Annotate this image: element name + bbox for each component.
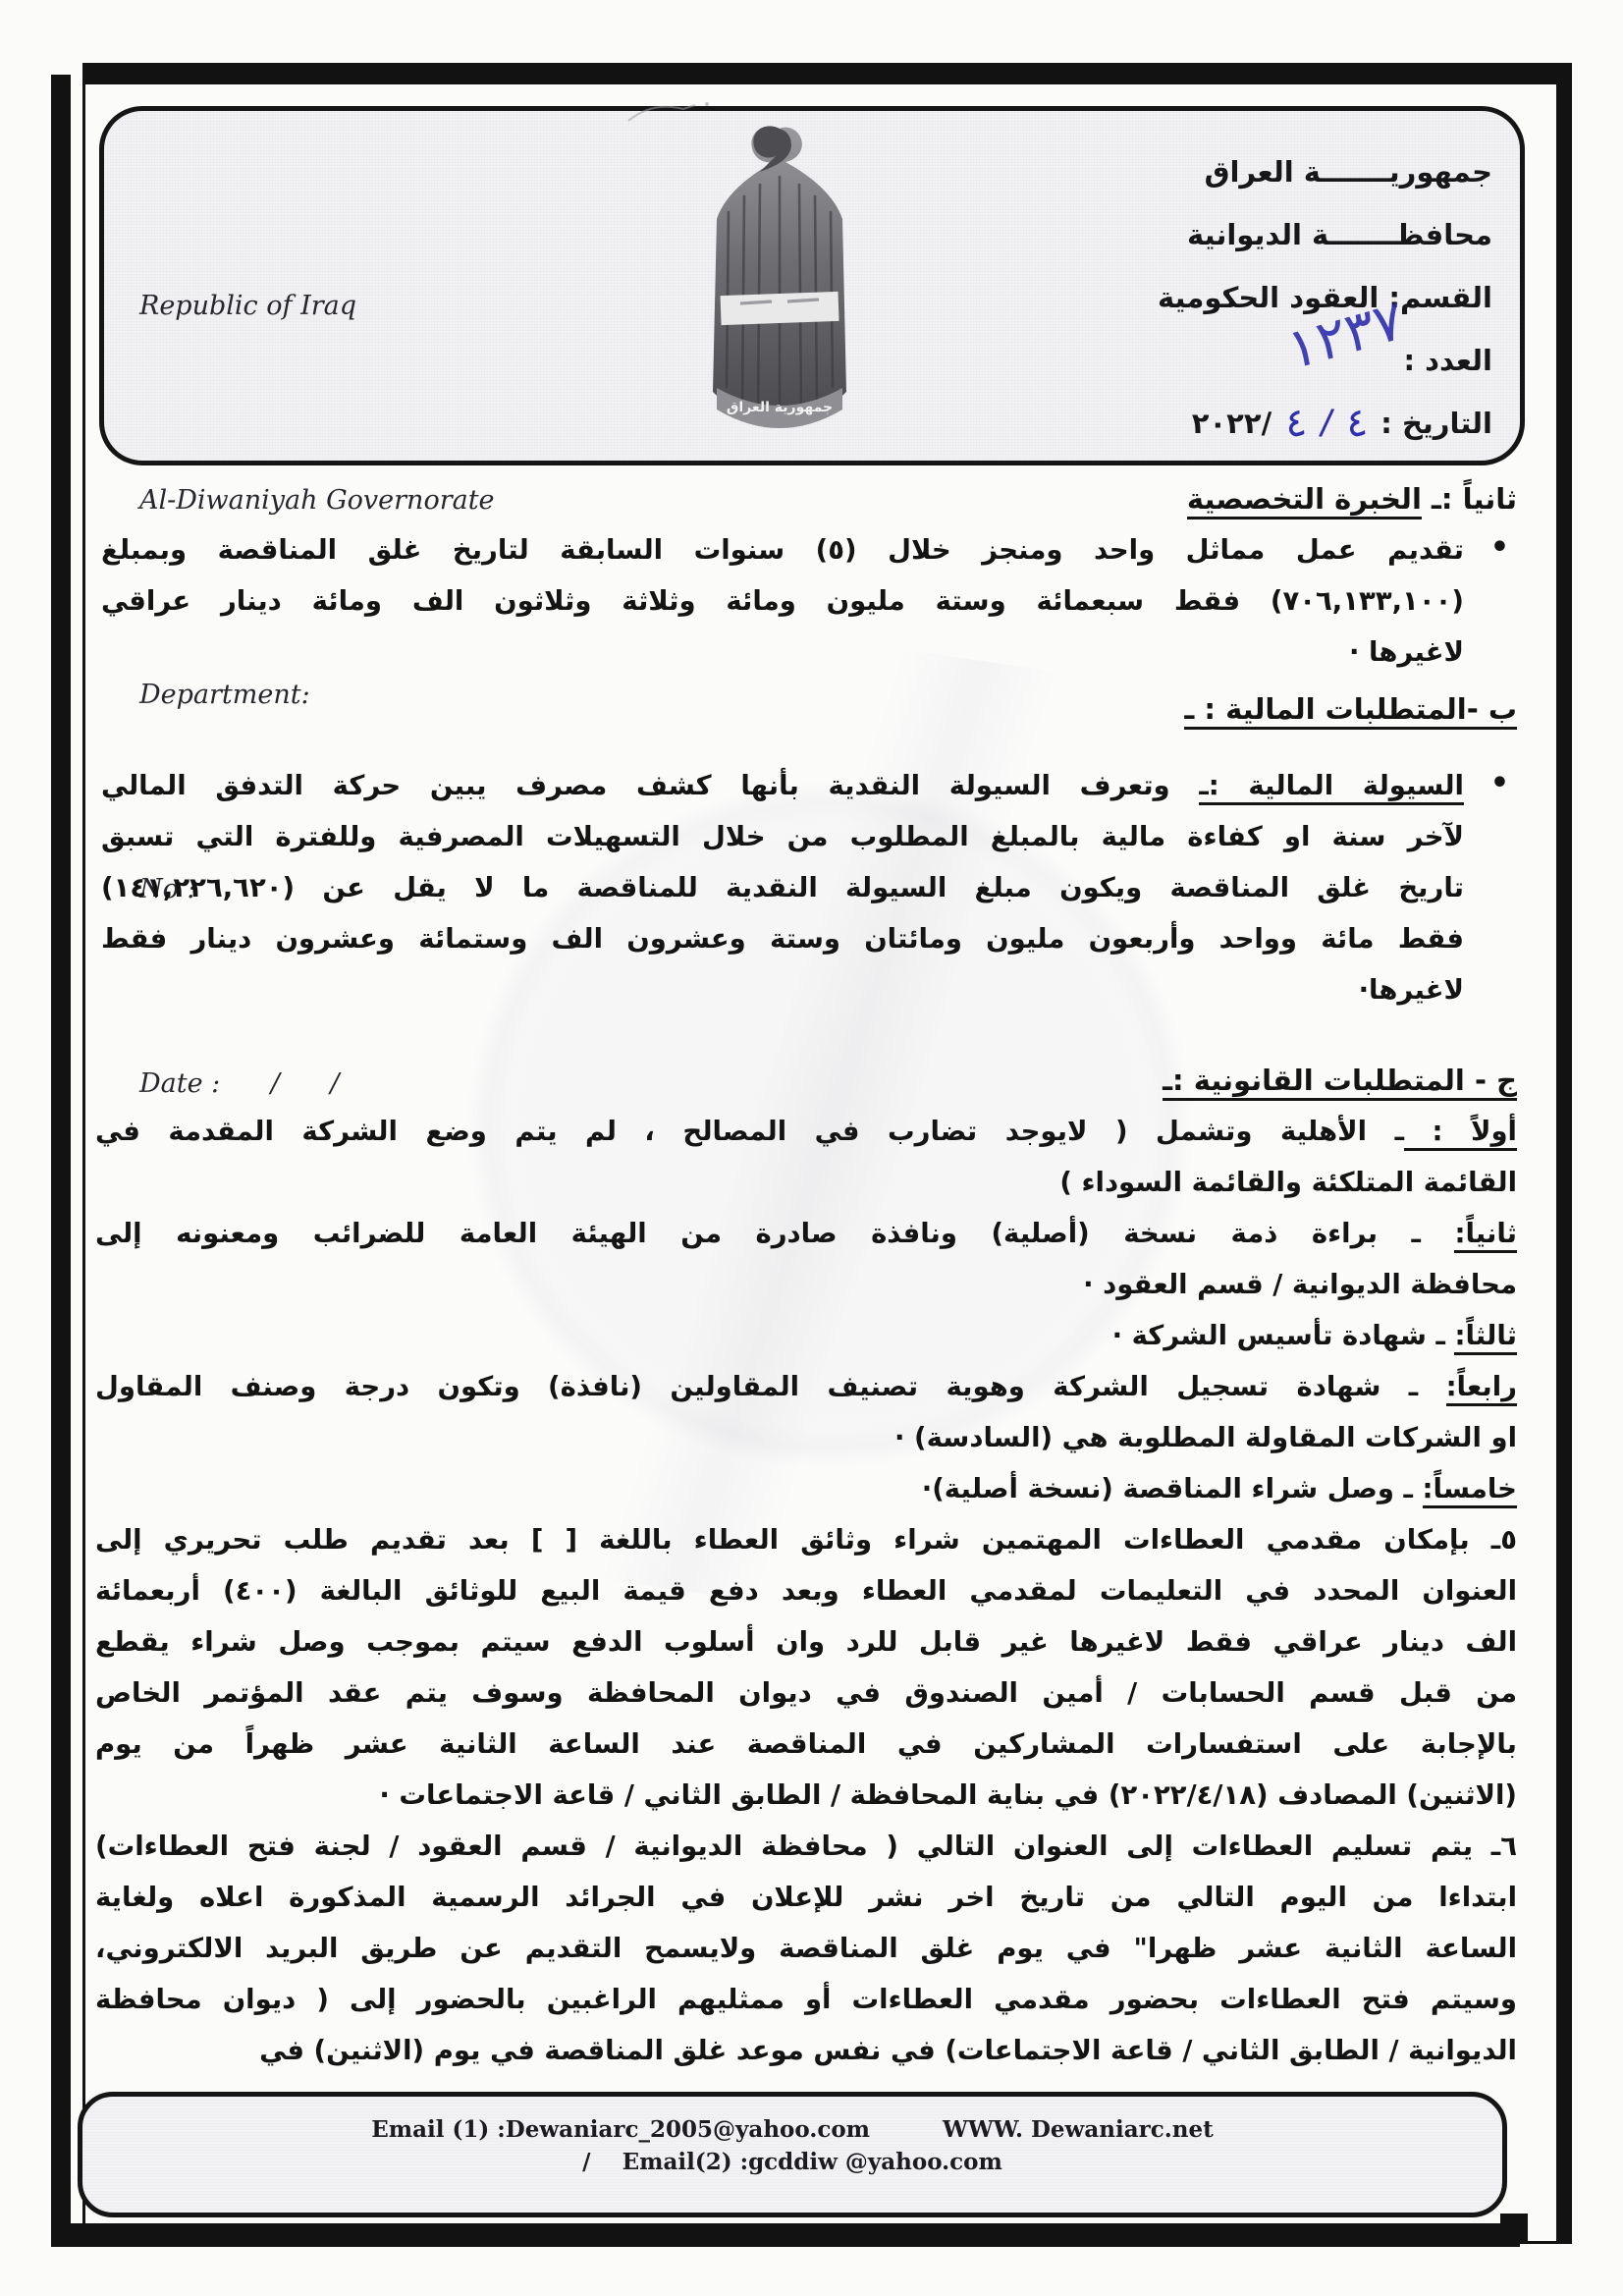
- text-segment: ثالثاً:: [1454, 1320, 1517, 1355]
- bullet-marker: •: [1490, 522, 1509, 574]
- text-line: ب -المتطلبات المالية : ـ: [95, 683, 1517, 735]
- text-segment: ٥ـ بإمكان مقدمي العطاءات المهتمين شراء و…: [95, 1524, 1517, 1556]
- date-label: التاريخ :: [1380, 392, 1492, 455]
- bullet-marker: •: [1490, 758, 1509, 809]
- emblem-scroll-text: جمهورية العراق: [727, 400, 833, 415]
- text-segment: بالإجابة على استفسارات المشاركين في المن…: [95, 1728, 1517, 1760]
- text-segment: ب -المتطلبات المالية : ـ: [1184, 692, 1517, 730]
- footer-line1: Email (1) :Dewaniarc_2005@yahoo.com WWW.…: [82, 2116, 1502, 2143]
- text-line: ثانياً: ـ براءة ذمة نسخة (أصلية) ونافذة …: [95, 1208, 1517, 1259]
- body-paragraph: ثالثاً: ـ شهادة تأسيس الشركة ·: [95, 1310, 1517, 1361]
- text-segment: ٦ـ يتم تسليم العطاءات إلى العنوان التالي…: [95, 1831, 1517, 1862]
- text-line: ٥ـ بإمكان مقدمي العطاءات المهتمين شراء و…: [95, 1514, 1517, 1565]
- text-line: الف دينار عراقي فقط لاغيرها غير قابل للر…: [95, 1616, 1517, 1667]
- number-row: العدد :: [982, 329, 1492, 392]
- body-paragraph: •السيولة المالية :ـ وتعرف السيولة النقدي…: [95, 760, 1517, 1015]
- text-line: ابتداءا من اليوم التالي من تاريخ اخر نشر…: [95, 1872, 1517, 1923]
- text-segment: ـ شهادة تسجيل الشركة وهوية تصنيف المقاول…: [95, 1371, 1446, 1402]
- text-segment: ثانياً :ـ: [1422, 482, 1517, 516]
- text-segment: ابتداءا من اليوم التالي من تاريخ اخر نشر…: [95, 1882, 1517, 1913]
- text-segment: الخبرة التخصصية: [1187, 482, 1422, 519]
- text-segment: لاغيرها ·: [1349, 636, 1464, 668]
- text-segment: من قبل قسم الحسابات / أمين الصندوق في دي…: [95, 1677, 1517, 1709]
- text-line: او الشركات المقاولة المطلوبة هي (السادسة…: [95, 1412, 1517, 1463]
- text-segment: وسيتم فتح العطاءات بحضور مقدمي العطاءات …: [95, 1984, 1517, 2015]
- text-line: تاريخ غلق المناقصة ويكون مبلغ السيولة ال…: [95, 862, 1517, 913]
- letterhead-arabic: جمهوريـــــــة العراق محافظـــــــة الدي…: [982, 140, 1492, 455]
- text-line: لاغيرها ·: [95, 627, 1517, 678]
- text-segment: او الشركات المقاولة المطلوبة هي (السادسة…: [894, 1422, 1517, 1453]
- body-paragraph: أولاً : ـ الأهلية وتشمل ( لايوجد تضارب ف…: [95, 1106, 1517, 1208]
- text-line: ٦ـ يتم تسليم العطاءات إلى العنوان التالي…: [95, 1821, 1517, 1872]
- text-segment: ج - المتطلبات القانونية :ـ: [1163, 1064, 1517, 1101]
- text-segment: الف دينار عراقي فقط لاغيرها غير قابل للر…: [95, 1626, 1517, 1658]
- text-line: (٧٠٦,١٣٣,١٠٠) فقط سبعمائة وستة مليون وما…: [95, 575, 1517, 627]
- email2-text: / Email(2) :gcddiw @yahoo.com: [82, 2149, 1502, 2175]
- date-separator: /: [1318, 405, 1334, 441]
- text-line: (الاثنين) المصادف (٢٠٢٢/٤/١٨) في بناية ا…: [95, 1770, 1517, 1821]
- website-text: WWW. Dewaniarc.net: [943, 2116, 1214, 2143]
- body-paragraph: ثانياً: ـ براءة ذمة نسخة (أصلية) ونافذة …: [95, 1208, 1517, 1310]
- text-line: •السيولة المالية :ـ وتعرف السيولة النقدي…: [95, 760, 1517, 811]
- letterhead-box: Republic of Iraq Al-Diwaniyah Governorat…: [99, 106, 1525, 465]
- text-line: القائمة المتلكئة والقائمة السوداء ): [95, 1157, 1517, 1208]
- text-line: لاغيرها·: [95, 964, 1517, 1015]
- body-paragraph: ٦ـ يتم تسليم العطاءات إلى العنوان التالي…: [95, 1821, 1517, 2076]
- text-line: ثالثاً: ـ شهادة تأسيس الشركة ·: [95, 1310, 1517, 1361]
- section-label-ar: القسم: العقود الحكومية: [982, 266, 1492, 329]
- text-line: رابعاً: ـ شهادة تسجيل الشركة وهوية تصنيف…: [95, 1361, 1517, 1412]
- handwritten-day: ٤: [1344, 403, 1370, 444]
- printed-year: /٢٠٢٢: [1192, 392, 1271, 455]
- text-segment: (الاثنين) المصادف (٢٠٢٢/٤/١٨) في بناية ا…: [379, 1779, 1517, 1811]
- text-segment: وتعرف السيولة النقدية بأنها كشف مصرف يبي…: [101, 770, 1199, 801]
- text-segment: ـ براءة ذمة نسخة (أصلية) ونافذة صادرة من…: [95, 1218, 1454, 1249]
- text-segment: أولاً :: [1404, 1116, 1517, 1151]
- republic-of-iraq-label: Republic of Iraq: [139, 274, 495, 339]
- iraq-eagle-emblem-icon: جمهورية العراق: [666, 121, 892, 449]
- text-segment: العنوان المحدد في التعليمات لمقدمي العطا…: [95, 1575, 1517, 1607]
- text-segment: محافظة الديوانية / قسم العقود ·: [1083, 1269, 1517, 1300]
- text-segment: فقط مائة وواحد وأربعون مليون ومائتان وست…: [101, 923, 1464, 955]
- number-label: العدد :: [1403, 344, 1492, 377]
- text-line: ثانياً :ـ الخبرة التخصصية: [95, 473, 1517, 524]
- republic-of-iraq-label-ar: جمهوريـــــــة العراق: [982, 140, 1492, 203]
- text-line: ج - المتطلبات القانونية :ـ: [95, 1055, 1517, 1106]
- footer-contact-box: Email (1) :Dewaniarc_2005@yahoo.com WWW.…: [78, 2092, 1507, 2217]
- pencil-mark: [622, 95, 740, 129]
- text-line: من قبل قسم الحسابات / أمين الصندوق في دي…: [95, 1667, 1517, 1719]
- text-line: بالإجابة على استفسارات المشاركين في المن…: [95, 1719, 1517, 1770]
- text-segment: الساعة الثانية عشر ظهرا" في يوم غلق المن…: [95, 1933, 1517, 1964]
- text-line: أولاً : ـ الأهلية وتشمل ( لايوجد تضارب ف…: [95, 1106, 1517, 1157]
- section-heading: ج - المتطلبات القانونية :ـ: [95, 1055, 1517, 1106]
- document-content: Republic of Iraq Al-Diwaniyah Governorat…: [93, 94, 1522, 2215]
- body-paragraph: خامساً: ـ وصل شراء المناقصة (نسخة أصلية)…: [95, 1463, 1517, 1514]
- text-segment: القائمة المتلكئة والقائمة السوداء ): [1059, 1167, 1517, 1198]
- text-segment: (٧٠٦,١٣٣,١٠٠) فقط سبعمائة وستة مليون وما…: [101, 585, 1464, 617]
- text-segment: ـ شهادة تأسيس الشركة ·: [1112, 1320, 1455, 1351]
- scanned-tender-document: { "header": { "english_lines": ["Republi…: [0, 0, 1623, 2296]
- section-heading: ثانياً :ـ الخبرة التخصصية: [95, 473, 1517, 524]
- text-line: وسيتم فتح العطاءات بحضور مقدمي العطاءات …: [95, 1974, 1517, 2025]
- section-heading: ب -المتطلبات المالية : ـ: [95, 683, 1517, 735]
- date-row: التاريخ : ٤ / ٤ /٢٠٢٢: [982, 392, 1492, 455]
- text-segment: تقديم عمل مماثل واحد ومنجز خلال (٥) سنوا…: [101, 534, 1464, 566]
- email1-text: Email (1) :Dewaniarc_2005@yahoo.com: [371, 2116, 870, 2143]
- text-segment: ثانياً:: [1454, 1218, 1517, 1253]
- text-segment: تاريخ غلق المناقصة ويكون مبلغ السيولة ال…: [101, 872, 1464, 903]
- text-line: خامساً: ـ وصل شراء المناقصة (نسخة أصلية)…: [95, 1463, 1517, 1514]
- text-line: •تقديم عمل مماثل واحد ومنجز خلال (٥) سنو…: [95, 524, 1517, 575]
- text-segment: السيولة المالية :ـ: [1199, 770, 1464, 805]
- text-line: محافظة الديوانية / قسم العقود ·: [95, 1259, 1517, 1310]
- text-segment: ـ الأهلية وتشمل ( لايوجد تضارب في المصال…: [95, 1116, 1404, 1147]
- governorate-label-ar: محافظـــــــة الديوانية: [982, 203, 1492, 266]
- text-segment: لاغيرها·: [1359, 974, 1464, 1006]
- handwritten-month: ٤: [1283, 403, 1309, 444]
- body-sections: ثانياً :ـ الخبرة التخصصية•تقديم عمل مماث…: [95, 473, 1517, 2076]
- text-line: لآخر سنة او كفاءة مالية بالمبلغ المطلوب …: [95, 811, 1517, 862]
- text-line: الساعة الثانية عشر ظهرا" في يوم غلق المن…: [95, 1923, 1517, 1974]
- body-paragraph: رابعاً: ـ شهادة تسجيل الشركة وهوية تصنيف…: [95, 1361, 1517, 1463]
- body-paragraph: •تقديم عمل مماثل واحد ومنجز خلال (٥) سنو…: [95, 524, 1517, 678]
- text-line: العنوان المحدد في التعليمات لمقدمي العطا…: [95, 1565, 1517, 1616]
- page-border-corner-step: [1500, 2214, 1528, 2243]
- text-segment: لآخر سنة او كفاءة مالية بالمبلغ المطلوب …: [101, 821, 1464, 852]
- text-segment: ـ وصل شراء المناقصة (نسخة أصلية)·: [922, 1473, 1423, 1504]
- text-segment: رابعاً:: [1446, 1371, 1517, 1406]
- body-paragraph: ٥ـ بإمكان مقدمي العطاءات المهتمين شراء و…: [95, 1514, 1517, 1821]
- text-line: الديوانية / الطابق الثاني / قاعة الاجتما…: [95, 2025, 1517, 2076]
- text-segment: خامساً:: [1423, 1473, 1517, 1508]
- text-line: فقط مائة وواحد وأربعون مليون ومائتان وست…: [95, 913, 1517, 964]
- text-segment: الديوانية / الطابق الثاني / قاعة الاجتما…: [259, 2035, 1517, 2066]
